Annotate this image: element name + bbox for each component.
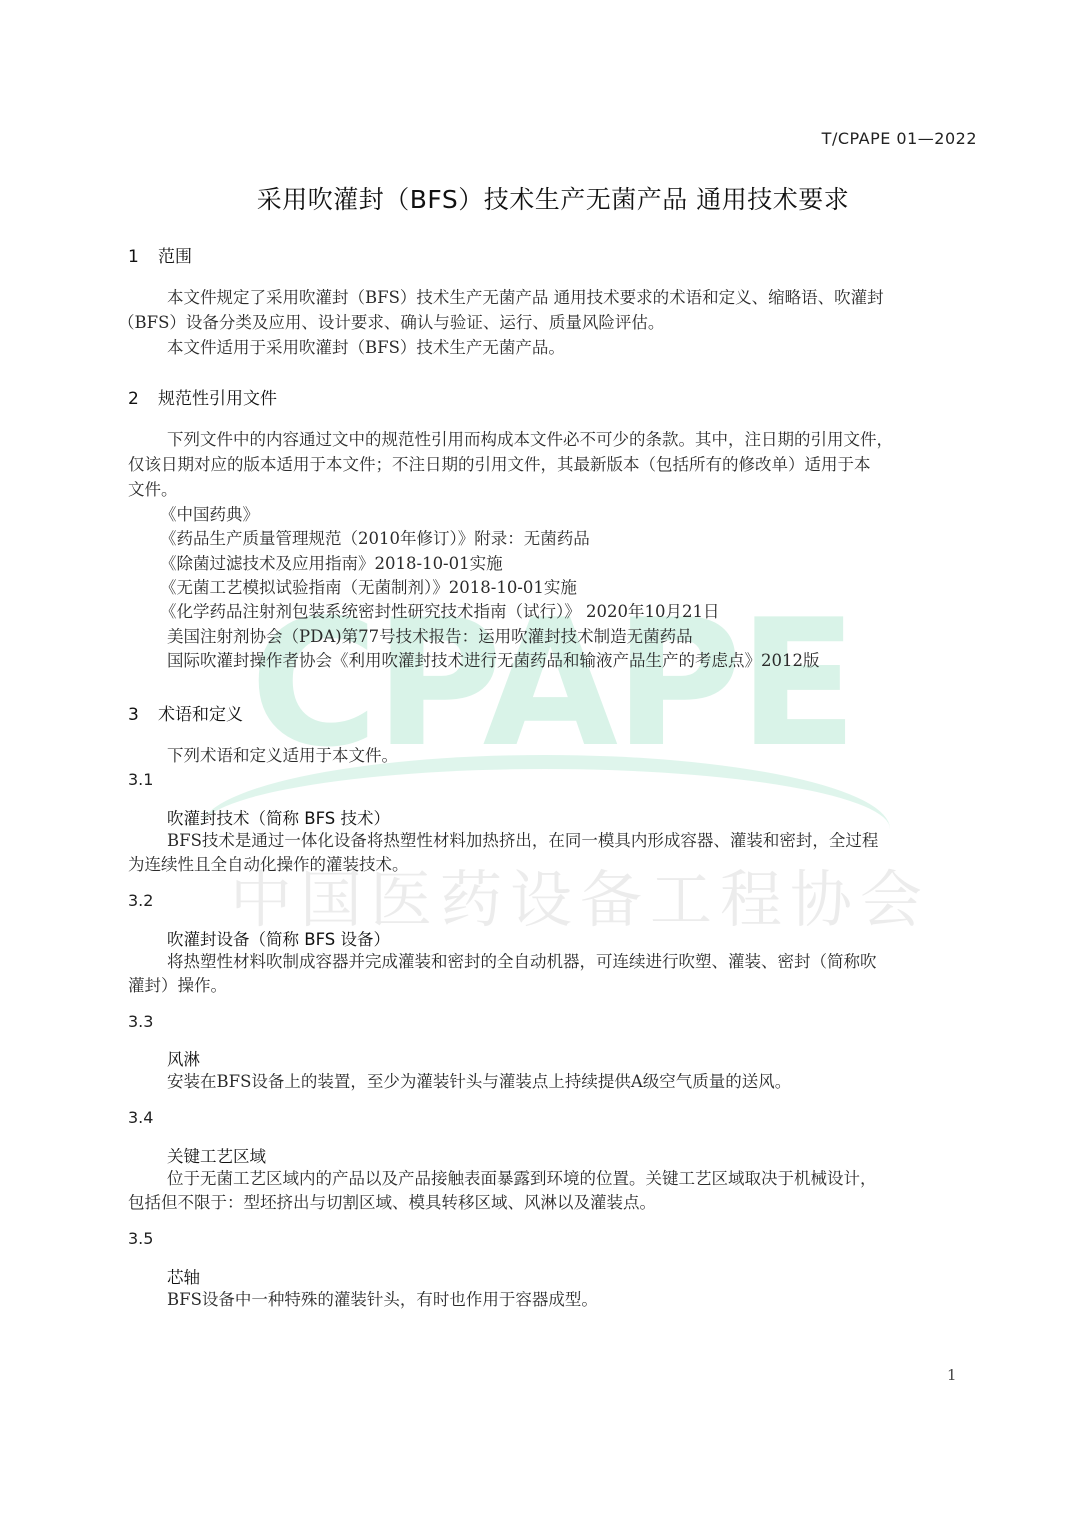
paragraph-line: （BFS）设备分类及应用、设计要求、确认与验证、运行、质量风险评估。: [118, 311, 664, 335]
section-title: 范围: [158, 247, 192, 267]
paragraph-line: 文件。: [128, 478, 178, 502]
term-title: 吹灌封技术（简称 BFS 技术）: [167, 805, 390, 829]
term-number: 3.5: [128, 1229, 153, 1248]
term-title: 风淋: [167, 1046, 200, 1070]
section-title: 规范性引用文件: [158, 389, 277, 409]
section-number: 3: [128, 705, 158, 725]
section-title: 术语和定义: [158, 705, 243, 725]
term-definition-line: 为连续性且全自动化操作的灌装技术。: [128, 853, 409, 877]
reference-item: 《无菌工艺模拟试验指南（无菌制剂）》2018-10-01实施: [160, 576, 577, 600]
reference-item: 《除菌过滤技术及应用指南》2018-10-01实施: [160, 552, 503, 576]
term-number: 3.1: [128, 770, 153, 789]
term-definition-line: 安装在BFS设备上的装置，至少为灌装针头与灌装点上持续提供A级空气质量的送风。: [167, 1070, 791, 1094]
term-definition-line: 将热塑性材料吹制成容器并完成灌装和密封的全自动机器，可连续进行吹塑、灌装、密封（…: [167, 950, 877, 974]
reference-item: 《药品生产质量管理规范（2010年修订）》附录：无菌药品: [160, 527, 590, 551]
section-heading-2: 2规范性引用文件: [128, 384, 277, 409]
term-title: 关键工艺区域: [167, 1143, 266, 1167]
section-heading-1: 1范围: [128, 242, 192, 267]
term-number: 3.3: [128, 1012, 153, 1031]
section-heading-3: 3术语和定义: [128, 700, 243, 725]
term-definition-line: 包括但不限于：型坯挤出与切割区域、模具转移区域、风淋以及灌装点。: [128, 1191, 656, 1215]
reference-item: 国际吹灌封操作者协会《利用吹灌封技术进行无菌药品和输液产品生产的考虑点》2012…: [167, 649, 820, 673]
paragraph-line: 下列文件中的内容通过文中的规范性引用而构成本文件必不可少的条款。其中，注日期的引…: [167, 428, 893, 452]
term-title: 吹灌封设备（简称 BFS 设备）: [167, 926, 390, 950]
paragraph-line: 本文件规定了采用吹灌封（BFS）技术生产无菌产品 通用技术要求的术语和定义、缩略…: [167, 286, 884, 310]
standard-number: T/CPAPE 01—2022: [822, 129, 977, 148]
page-number: 1: [947, 1366, 957, 1384]
document-title: 采用吹灌封（BFS）技术生产无菌产品 通用技术要求: [0, 180, 1080, 216]
reference-item: 《中国药典》: [160, 503, 259, 527]
term-number: 3.4: [128, 1108, 153, 1127]
section-number: 1: [128, 247, 158, 267]
term-number: 3.2: [128, 891, 153, 910]
term-definition-line: BFS设备中一种特殊的灌装针头，有时也作用于容器成型。: [167, 1288, 598, 1312]
paragraph-line: 仅该日期对应的版本适用于本文件；不注日期的引用文件，其最新版本（包括所有的修改单…: [128, 453, 871, 477]
document-page: CPAPE 中国医药设备工程协会 T/CPAPE 01—2022 采用吹灌封（B…: [0, 0, 1080, 1526]
term-definition-line: 灌封）操作。: [128, 974, 227, 998]
paragraph-line: 本文件适用于采用吹灌封（BFS）技术生产无菌产品。: [167, 336, 565, 360]
section-number: 2: [128, 389, 158, 409]
term-definition-line: 位于无菌工艺区域内的产品以及产品接触表面暴露到环境的位置。关键工艺区域取决于机械…: [167, 1167, 877, 1191]
reference-item: 美国注射剂协会（PDA)第77号技术报告：运用吹灌封技术制造无菌药品: [167, 625, 693, 649]
term-definition-line: BFS技术是通过一体化设备将热塑性材料加热挤出，在同一模具内形成容器、灌装和密封…: [167, 829, 878, 853]
term-title: 芯轴: [167, 1264, 200, 1288]
paragraph-line: 下列术语和定义适用于本文件。: [167, 744, 398, 768]
reference-item: 《化学药品注射剂包装系统密封性研究技术指南（试行）》 2020年10月21日: [160, 600, 719, 624]
